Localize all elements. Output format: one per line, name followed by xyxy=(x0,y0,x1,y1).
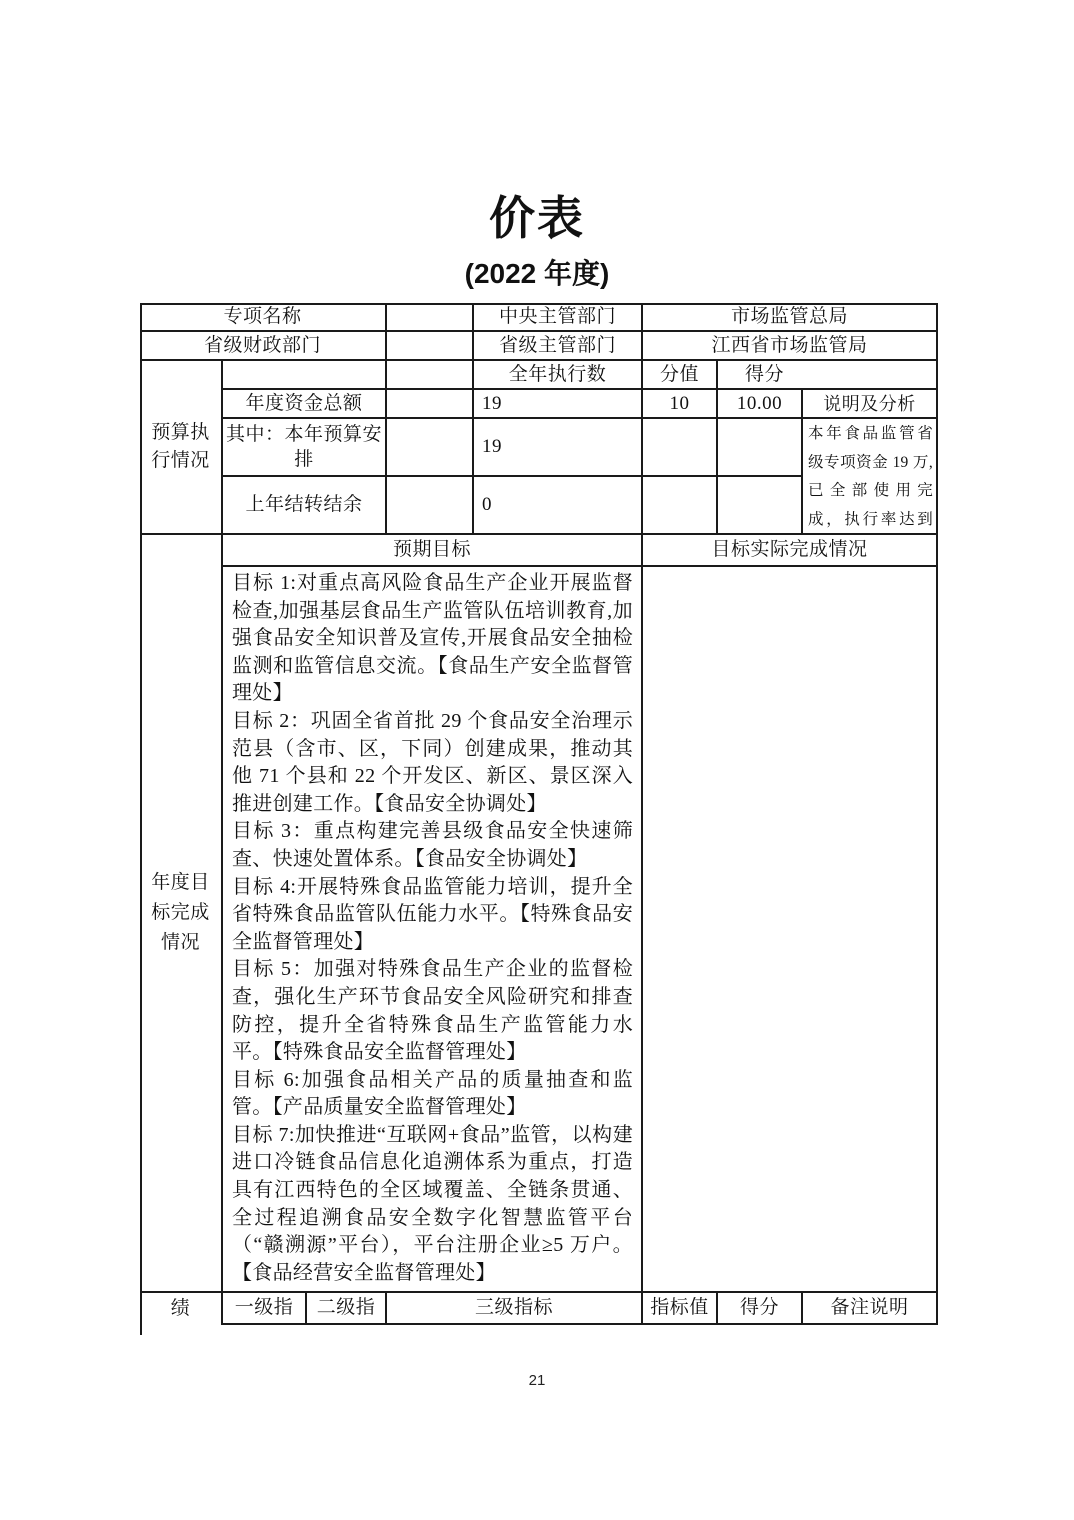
empty-cell xyxy=(718,419,803,477)
goals-section-label: 年度目标完成情况 xyxy=(140,535,223,1293)
project-name-label: 专项名称 xyxy=(140,303,387,332)
expected-goals-header: 预期目标 xyxy=(223,535,643,567)
empty-cell xyxy=(387,361,474,390)
annual-total-score: 10 xyxy=(643,390,718,419)
level2-indicator-header: 二级指 xyxy=(307,1293,387,1325)
prov-finance-label: 省级财政部门 xyxy=(140,332,387,361)
actual-completion-cell xyxy=(643,567,938,1293)
level1-indicator-header: 一级指 xyxy=(223,1293,307,1325)
carryover-exec-value: 0 xyxy=(474,477,643,535)
analysis-header: 说明及分析 xyxy=(803,390,938,419)
indicator-note-header: 备注说明 xyxy=(803,1293,938,1325)
goal-item-1: 目标 1:对重点高风险食品生产企业开展监督检查,加强基层食品生产监管队伍培训教育… xyxy=(232,570,633,708)
goal-item-6: 目标 6:加强食品相关产品的质量抽查和监管。【产品质量安全监督管理处】 xyxy=(232,1067,633,1122)
current-budget-exec-value: 19 xyxy=(474,419,643,477)
goal-item-2: 目标 2：巩固全省首批 29 个食品安全治理示范县（含市、区，下同）创建成果，推… xyxy=(232,708,633,818)
exec-number-header: 全年执行数 xyxy=(474,361,643,390)
carryover-label: 上年结转结余 xyxy=(223,477,387,535)
actual-completion-header: 目标实际完成情况 xyxy=(643,535,938,567)
page-subtitle: (2022 年度) xyxy=(0,252,1074,292)
empty-cell xyxy=(387,332,474,361)
evaluation-table: 专项名称 中央主管部门 市场监管总局 省级财政部门 省级主管部门 江西省市场监管… xyxy=(140,303,940,1337)
annual-total-label: 年度资金总额 xyxy=(223,390,387,419)
page-title: 价表 xyxy=(0,182,1074,248)
analysis-text: 本年食品监管省级专项资金 19 万,已全部使用完成，执行率达到了 100% xyxy=(803,419,938,535)
empty-cell xyxy=(387,390,474,419)
empty-cell xyxy=(643,477,718,535)
central-dept-value: 市场监管总局 xyxy=(643,303,938,332)
goal-item-5: 目标 5：加强对特殊食品生产企业的监督检查，强化生产环节食品安全风险研究和排查防… xyxy=(232,956,633,1066)
document-page: 价表 (2022 年度) 专项名称 中央主管部门 市场监管总局 省级财政部门 省… xyxy=(0,0,1074,1520)
budget-section-label: 预算执行情况 xyxy=(140,361,223,535)
score-value-header: 分值 xyxy=(643,361,718,390)
annual-total-exec-value: 19 xyxy=(474,390,643,419)
performance-section-label: 绩 xyxy=(140,1293,223,1325)
empty-cell xyxy=(643,419,718,477)
annual-total-points: 10.00 xyxy=(718,390,803,419)
empty-cell xyxy=(387,419,474,477)
level3-indicator-header: 三级指标 xyxy=(387,1293,643,1325)
empty-cell xyxy=(387,303,474,332)
page-number: 21 xyxy=(0,1372,1074,1389)
central-dept-label: 中央主管部门 xyxy=(474,303,643,332)
prov-dept-label: 省级主管部门 xyxy=(474,332,643,361)
prov-dept-value: 江西省市场监管局 xyxy=(643,332,938,361)
goal-item-3: 目标 3：重点构建完善县级食品安全快速筛查、快速处置体系。【食品安全协调处】 xyxy=(232,818,633,873)
indicator-value-header: 指标值 xyxy=(643,1293,718,1325)
goal-item-4: 目标 4:开展特殊食品监管能力培训，提升全省特殊食品监管队伍能力水平。【特殊食品… xyxy=(232,874,633,957)
empty-cell xyxy=(718,477,803,535)
empty-cell xyxy=(387,477,474,535)
indicator-score-header: 得分 xyxy=(718,1293,803,1325)
points-header: 得分 xyxy=(718,361,938,390)
goal-item-7: 目标 7:加快推进“互联网+食品”监管，以构建进口冷链食品信息化追溯体系为重点，… xyxy=(232,1122,633,1288)
current-budget-label: 其中：本年预算安排 xyxy=(223,419,387,477)
empty-cell xyxy=(223,361,387,390)
expected-goals-text: 目标 1:对重点高风险食品生产企业开展监督检查,加强基层食品生产监管队伍培训教育… xyxy=(223,567,643,1293)
